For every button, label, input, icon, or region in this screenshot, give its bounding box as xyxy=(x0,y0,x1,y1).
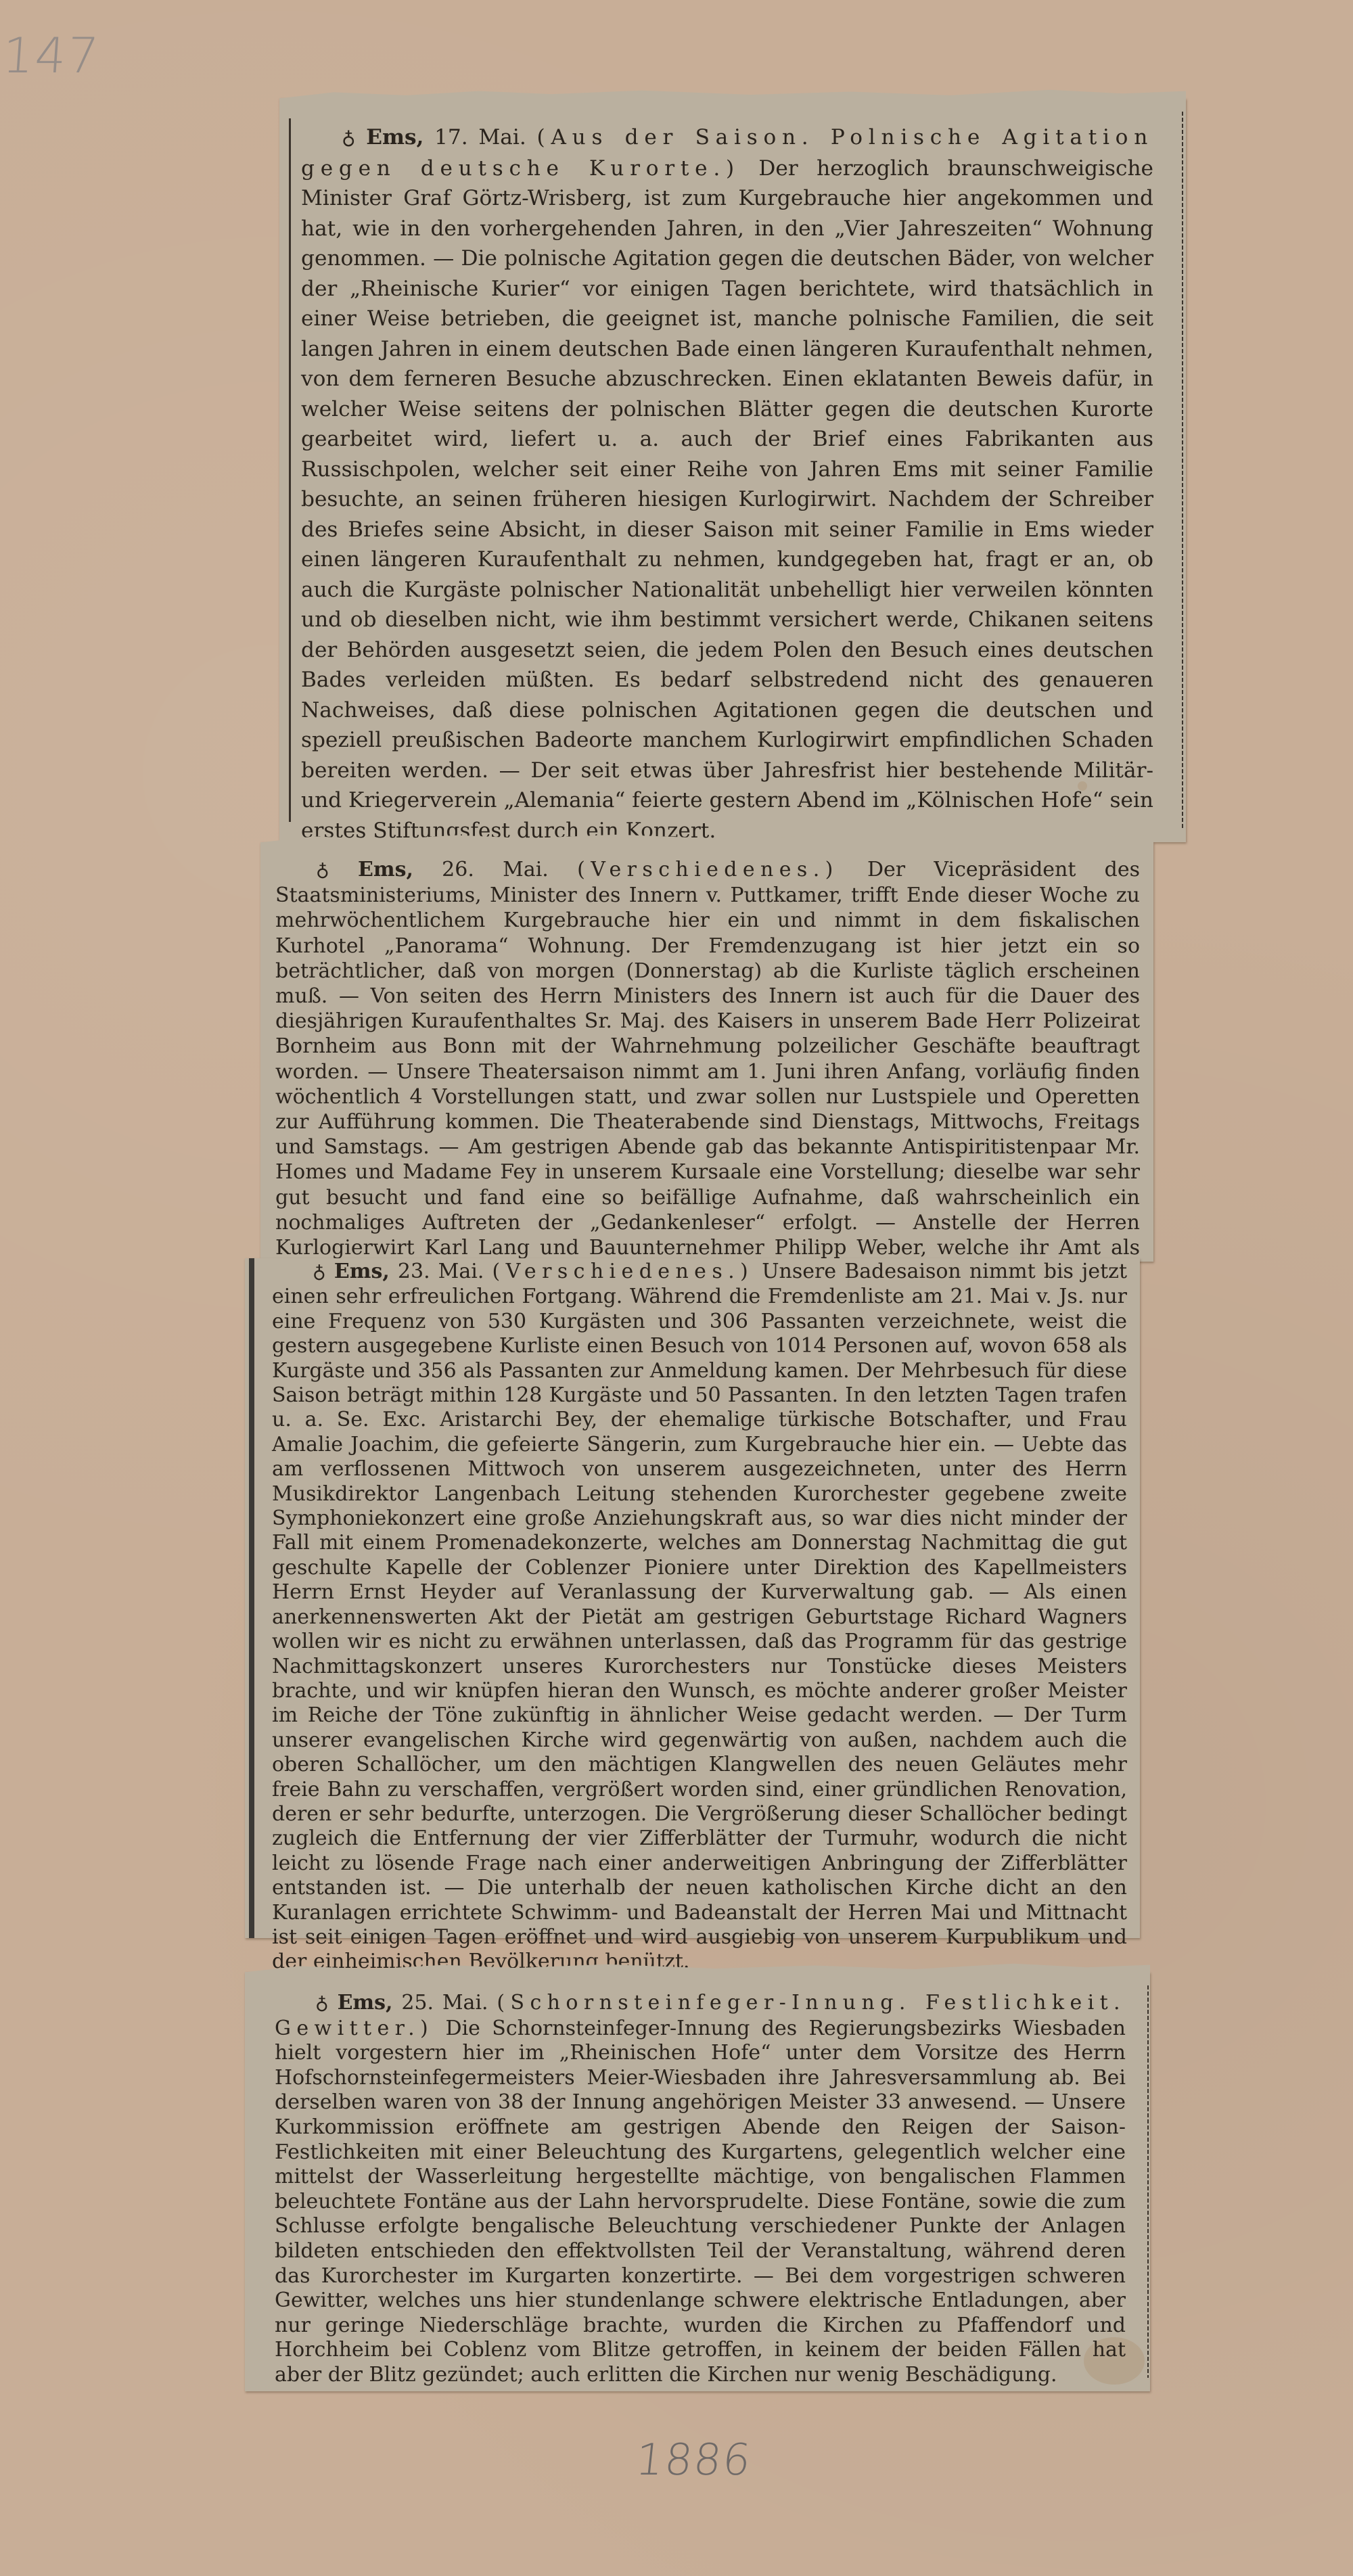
article-headline: (Verschiedenes.) xyxy=(492,1260,754,1283)
planet-symbol-icon: ♁ xyxy=(316,860,329,881)
article-place: Ems, xyxy=(358,858,413,881)
article-body: Die Schornsteinfeger-Innung des Regierun… xyxy=(275,2017,1126,2387)
column-rule-left xyxy=(289,118,291,822)
article-body: Unsere Badesaison nimmt bis jetzt einen … xyxy=(272,1260,1127,1973)
article-text: ♁ Ems, 23. Mai. (Verschiedenes.) Unsere … xyxy=(272,1260,1127,1975)
article-place: Ems, xyxy=(338,1991,393,2015)
article-place: Ems, xyxy=(366,125,423,149)
article-date: 23. Mai. xyxy=(398,1260,484,1283)
torn-edge xyxy=(279,89,1186,101)
clipping-article-1: ♁ Ems, 17. Mai. (Aus der Saison. Polnisc… xyxy=(279,98,1186,842)
article-body: Der herzoglich braunschweigische Ministe… xyxy=(301,156,1153,843)
column-rule-left xyxy=(249,1258,254,1938)
planet-symbol-icon: ♁ xyxy=(315,1993,329,2014)
article-text: ♁ Ems, 25. Mai. (Schornsteinfeger-Innung… xyxy=(275,1991,1126,2388)
article-text: ♁ Ems, 17. Mai. (Aus der Saison. Polnisc… xyxy=(301,122,1153,846)
article-date: 25. Mai. xyxy=(401,1991,488,2015)
planet-symbol-icon: ♁ xyxy=(342,127,356,149)
page-number-note: 147 xyxy=(1,27,101,84)
column-rule-right xyxy=(1182,112,1183,829)
article-headline: (Verschiedenes.) xyxy=(577,858,839,881)
article-date: 26. Mai. xyxy=(442,858,549,881)
article-place: Ems, xyxy=(334,1260,390,1283)
clipping-article-2: ♁ Ems, 26. Mai. (Verschiedenes.) Der Vic… xyxy=(260,842,1153,1262)
clipping-article-3: ♁ Ems, 23. Mai. (Verschiedenes.) Unsere … xyxy=(245,1258,1140,1938)
clipping-article-4: ♁ Ems, 25. Mai. (Schornsteinfeger-Innung… xyxy=(245,1972,1150,2391)
year-note: 1886 xyxy=(633,2435,754,2485)
column-rule-right xyxy=(1147,1985,1149,2378)
article-date: 17. Mai. xyxy=(434,125,526,149)
planet-symbol-icon: ♁ xyxy=(313,1262,326,1283)
